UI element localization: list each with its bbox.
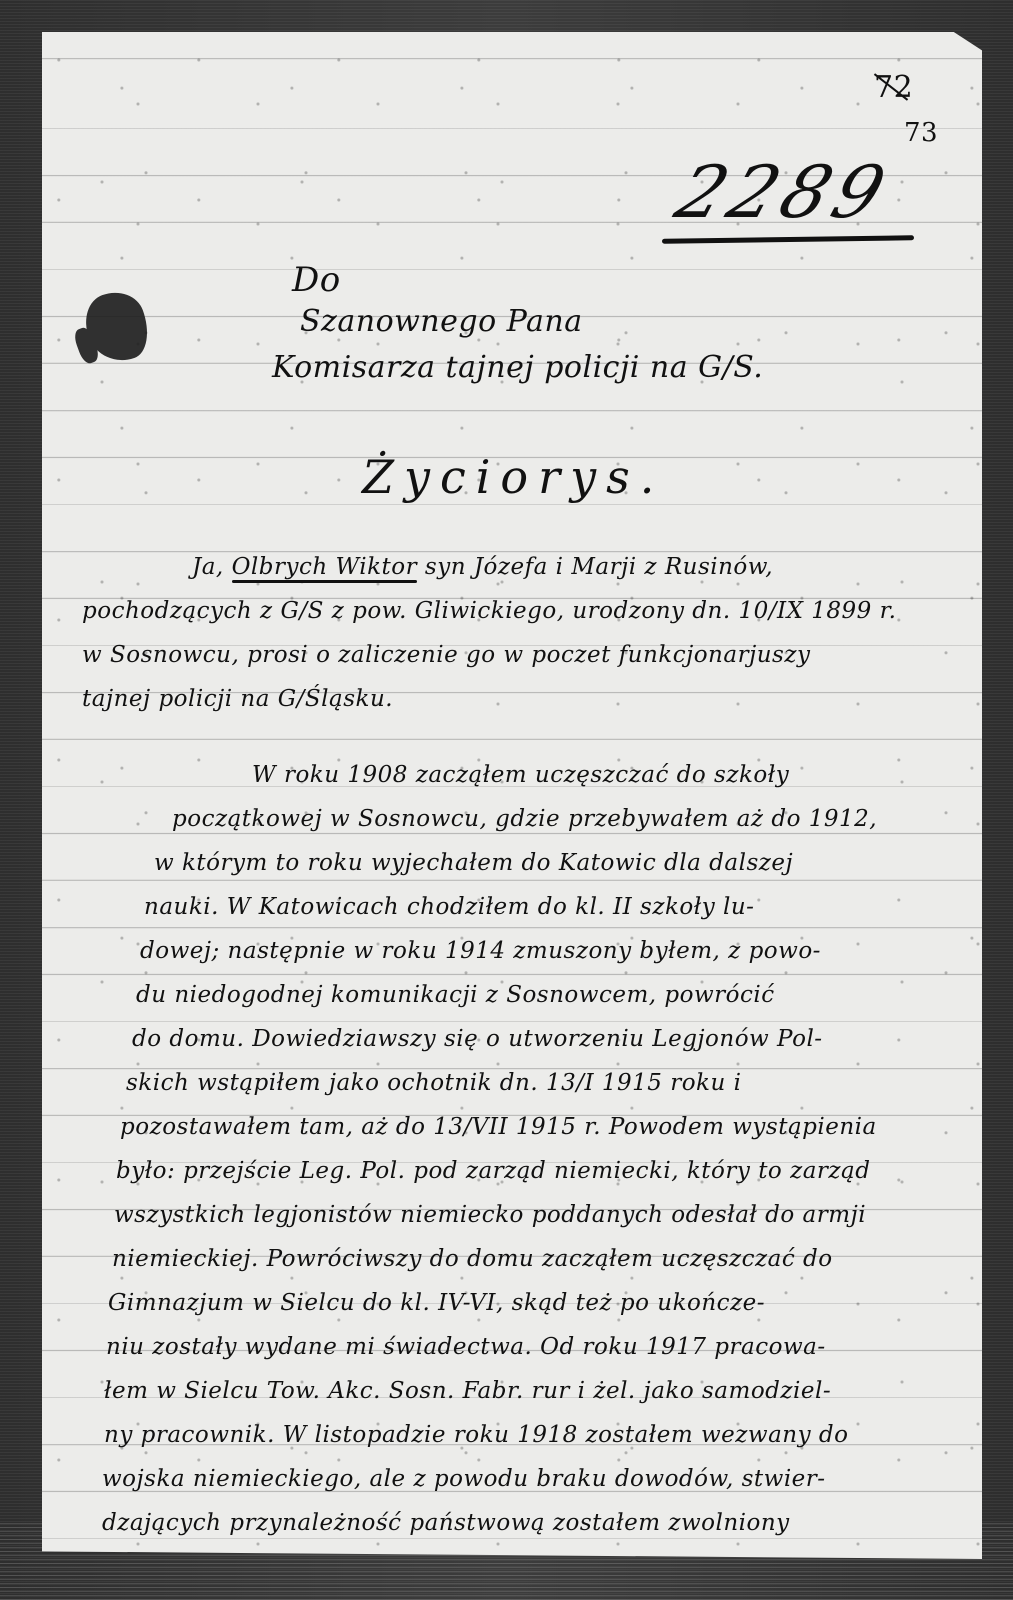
addressee-line-3: Komisarza tajnej policji na G/S. (272, 350, 763, 385)
text-line: Ja, Olbrych Wiktor syn Józefa i Marji z … (192, 554, 773, 580)
text-line: niemieckiej. Powróciwszy do domu zacząłe… (112, 1246, 833, 1272)
paper-speckle (42, 32, 982, 1559)
folio-number: 73 (904, 118, 938, 148)
text-line: dzających przynależność państwową został… (102, 1510, 790, 1536)
text-line: du niedogodnej komunikacji z Sosnowcem, … (136, 982, 775, 1008)
text-fragment: Ja, (192, 554, 232, 580)
text-line: w Sosnowcu, prosi o zaliczenie go w pocz… (82, 642, 810, 668)
text-line: W roku 1908 zacząłem uczęszczać do szkoł… (252, 762, 789, 788)
folio-number-crossed: 72 (874, 70, 913, 105)
document-title: Życiorys. (362, 450, 664, 504)
text-line: pochodzących z G/S z pow. Gliwickiego, u… (82, 598, 896, 624)
text-line: było: przejście Leg. Pol. pod zarząd nie… (116, 1158, 870, 1184)
text-line: Gimnazjum w Sielcu do kl. IV-VI, skąd te… (108, 1290, 765, 1316)
text-line: do domu. Dowiedziawszy się o utworzeniu … (132, 1026, 823, 1052)
text-line: w którym to roku wyjechałem do Katowic d… (154, 850, 793, 876)
text-line: początkowej w Sosnowcu, gdzie przebywałe… (172, 806, 877, 832)
text-line: niu zostały wydane mi świadectwa. Od rok… (106, 1334, 826, 1360)
text-line: tajnej policji na G/Śląsku. (82, 686, 393, 712)
text-line: dowej; następnie w roku 1914 zmuszony by… (140, 938, 821, 964)
addressee-line-2: Szanownego Pana (300, 304, 583, 339)
document-number: 2289 (666, 150, 901, 234)
text-line: ny pracownik. W listopadzie roku 1918 zo… (104, 1422, 848, 1448)
text-line: łem w Sielcu Tow. Akc. Sosn. Fabr. rur i… (104, 1378, 831, 1404)
addressee-line-1: Do (292, 260, 341, 300)
text-line: wszystkich legjonistów niemiecko poddany… (114, 1202, 866, 1228)
text-line: pozostawałem tam, aż do 13/VII 1915 r. P… (120, 1114, 877, 1140)
text-line: skich wstąpiłem jako ochotnik dn. 13/I 1… (126, 1070, 741, 1096)
text-line: wojska niemieckiego, ale z powodu braku … (102, 1466, 826, 1492)
text-fragment: syn Józefa i Marji z Rusinów, (417, 554, 773, 580)
applicant-name: Olbrych Wiktor (232, 554, 418, 580)
letter-page: 72 73 2289 Do Szanownego Pana Komisarza … (42, 32, 982, 1559)
text-line: nauki. W Katowicach chodziłem do kl. II … (144, 894, 754, 920)
